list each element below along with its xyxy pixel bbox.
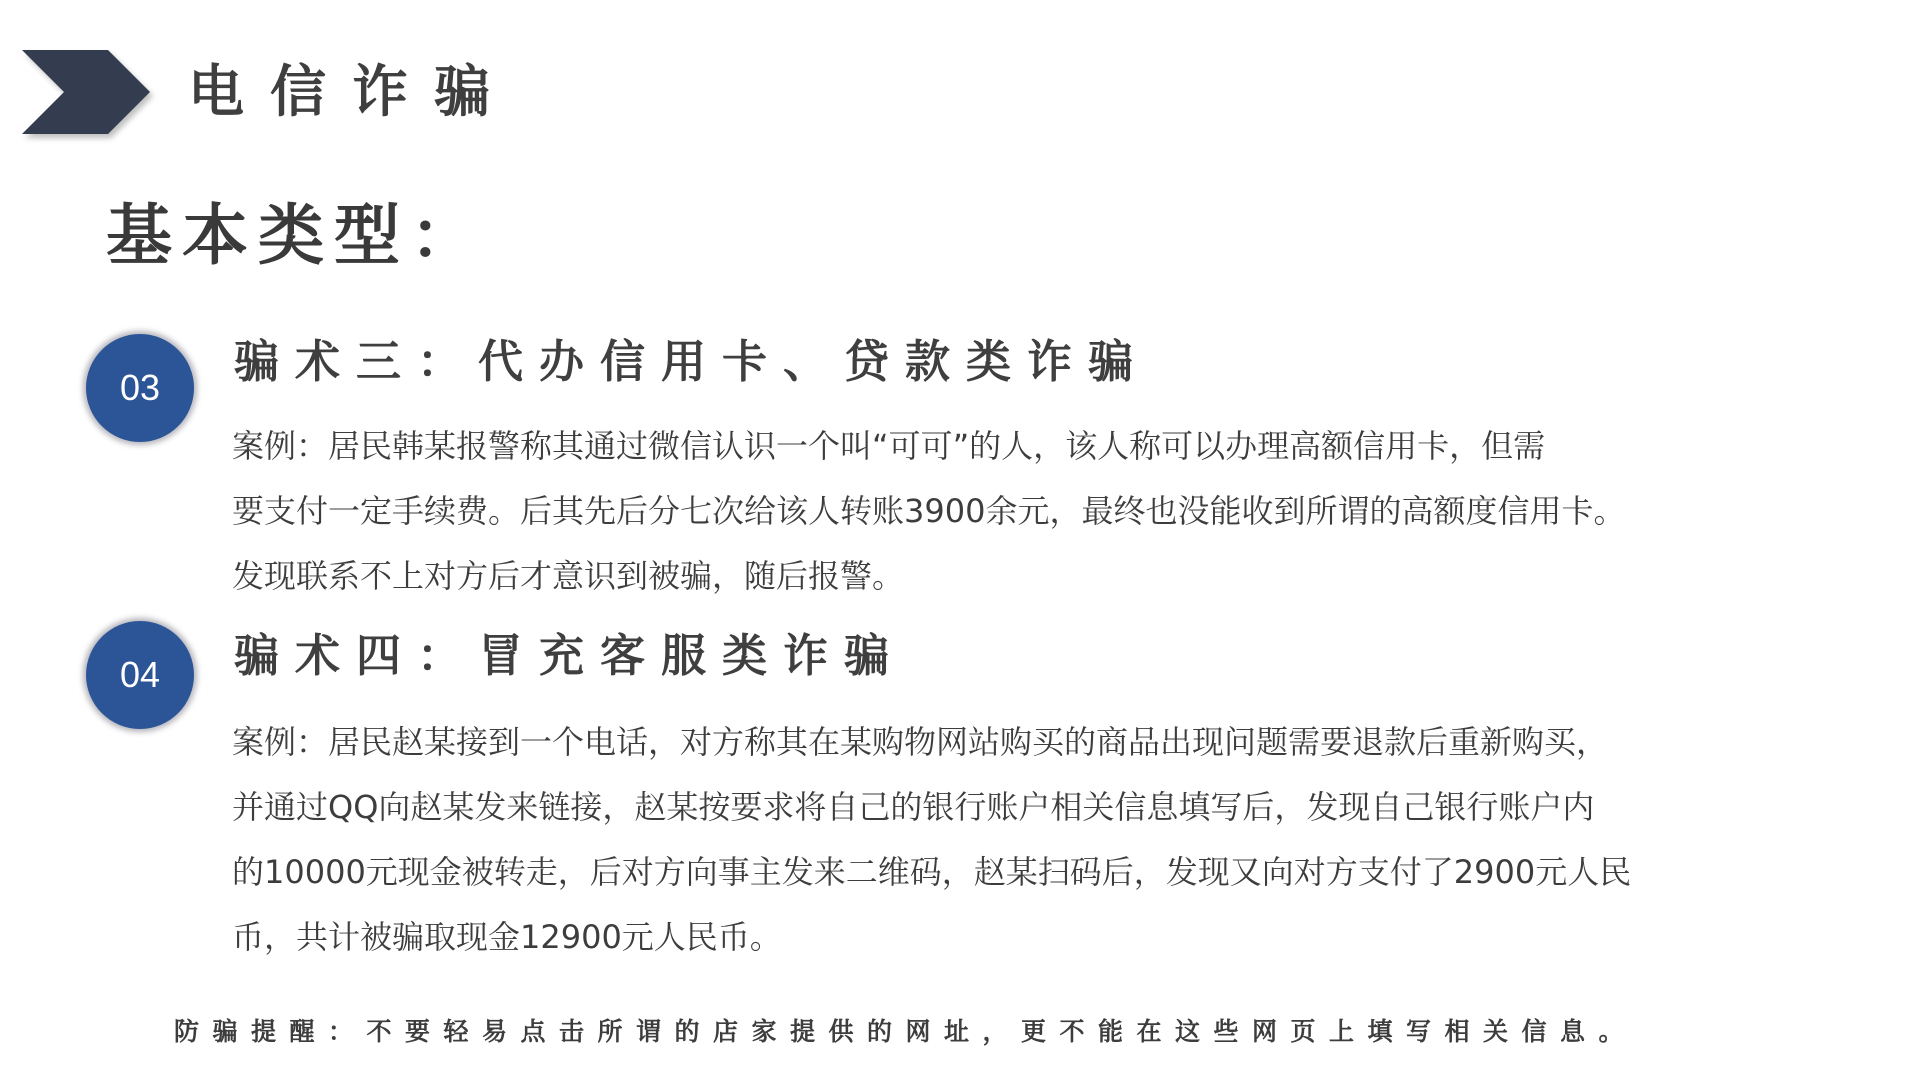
body-line: 案例：居民韩某报警称其通过微信认识一个叫“可可”的人，该人称可以办理高额信用卡，… (232, 414, 1792, 479)
number-badge-04: 04 (86, 621, 194, 729)
section-title: 基本类型： (106, 196, 486, 276)
slide-title: 电信诈骗 (188, 58, 516, 128)
item-body-03: 案例：居民韩某报警称其通过微信认识一个叫“可可”的人，该人称可以办理高额信用卡，… (232, 414, 1792, 609)
body-line: 要支付一定手续费。后其先后分七次给该人转账3900余元，最终也没能收到所谓的高额… (232, 479, 1792, 544)
item-heading-04: 骗术四：冒充客服类诈骗 (234, 626, 905, 686)
badge-number: 04 (120, 654, 160, 696)
item-heading-03: 骗术三：代办信用卡、贷款类诈骗 (234, 332, 1149, 392)
number-badge-03: 03 (86, 334, 194, 442)
footer-tip: 防骗提醒：不要轻易点击所谓的店家提供的网址，更不能在这些网页上填写相关信息。 (174, 1012, 1637, 1052)
body-line: 的10000元现金被转走，后对方向事主发来二维码，赵某扫码后，发现又向对方支付了… (232, 840, 1792, 905)
body-line: 币，共计被骗取现金12900元人民币。 (232, 905, 1792, 970)
item-body-04: 案例：居民赵某接到一个电话，对方称其在某购物网站购买的商品出现问题需要退款后重新… (232, 710, 1792, 970)
badge-number: 03 (120, 367, 160, 409)
chevron-right-icon (22, 50, 150, 134)
body-line: 发现联系不上对方后才意识到被骗，随后报警。 (232, 544, 1792, 609)
body-line: 案例：居民赵某接到一个电话，对方称其在某购物网站购买的商品出现问题需要退款后重新… (232, 710, 1792, 775)
body-line: 并通过QQ向赵某发来链接，赵某按要求将自己的银行账户相关信息填写后，发现自己银行… (232, 775, 1792, 840)
